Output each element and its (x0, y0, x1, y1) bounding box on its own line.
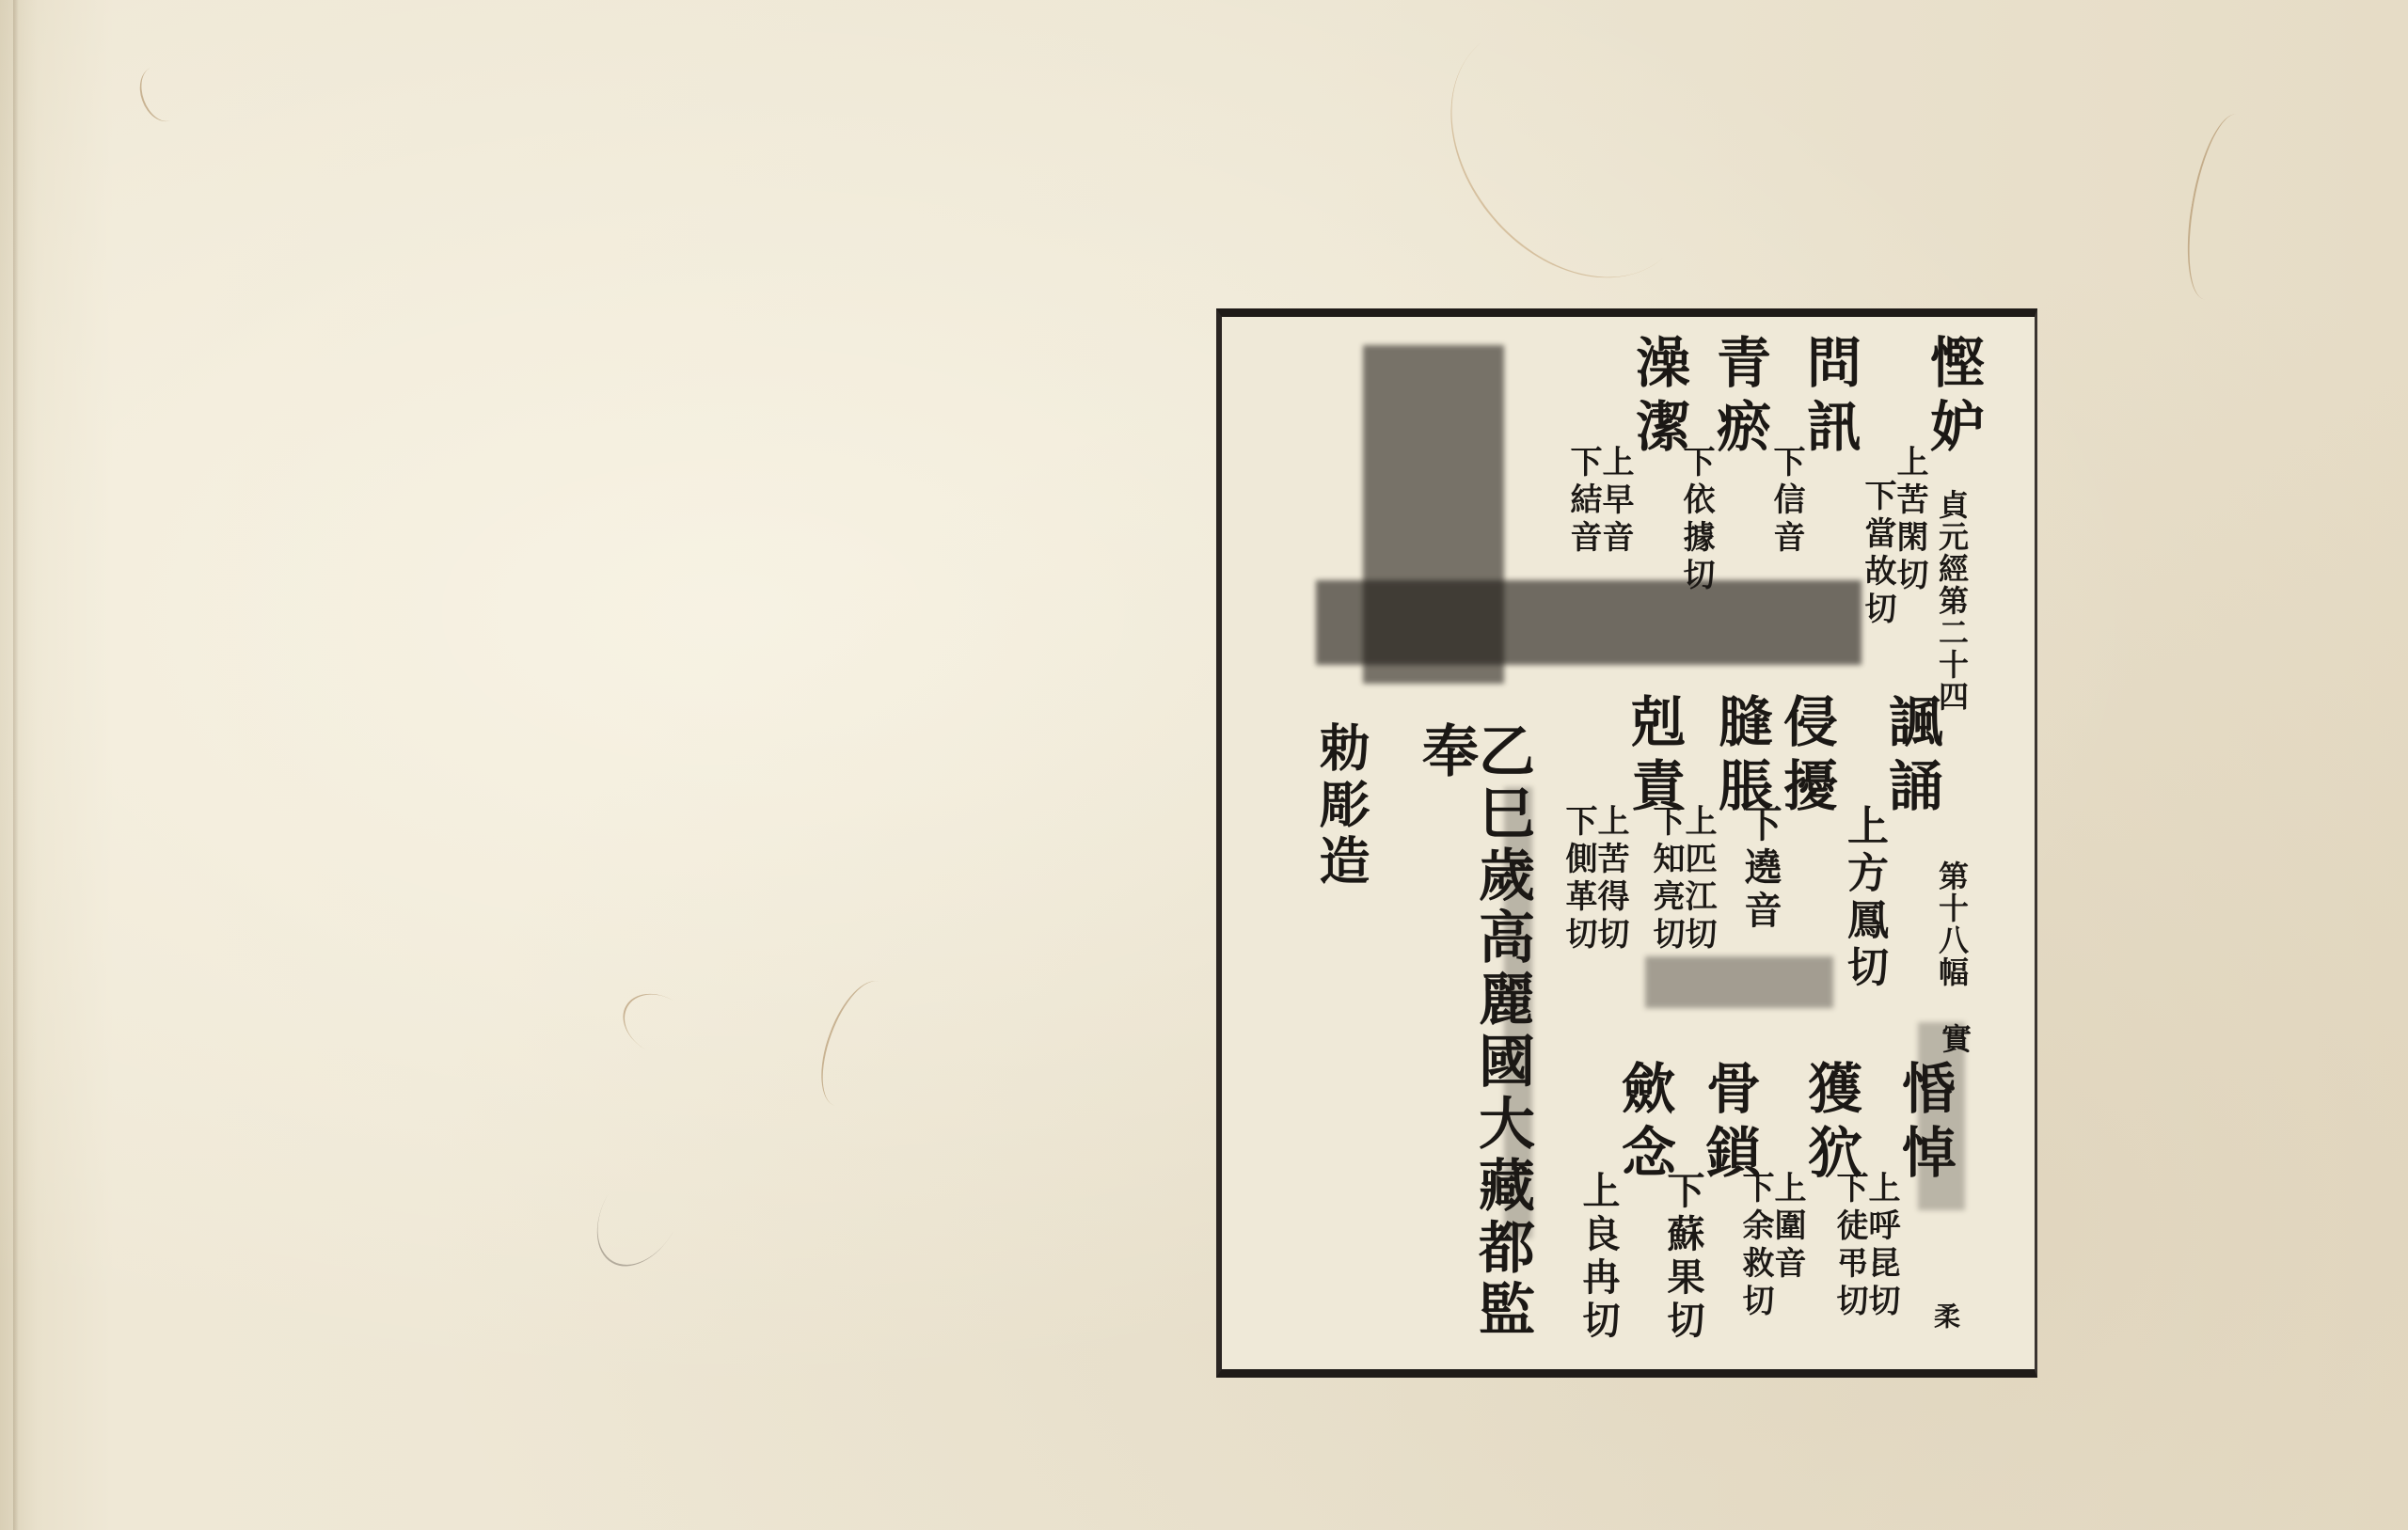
ink-smudge (1316, 580, 1861, 665)
margin-sheet-number: 第十八幅 (1930, 860, 1973, 988)
gloss-right: 上苦得切 (1594, 804, 1626, 954)
colophon-line-1: 乙巳歲高麗國大藏都監奉 (1418, 721, 1530, 1369)
entry-3: 青瘀 下依據切 (1680, 334, 1766, 595)
ink-smudge (1645, 956, 1833, 1008)
gloss-right: 上早音 (1599, 445, 1631, 558)
entry-head: 骨鎖 (1702, 1060, 1756, 1344)
paper-background (0, 0, 2408, 1530)
entry-head: 剋責 (1626, 693, 1681, 954)
entry-head: 青瘀 (1712, 334, 1766, 595)
gloss-left: 下結音 (1567, 445, 1599, 558)
entry-head: 惛悼 (1897, 1060, 1952, 1321)
margin-sutra-title: 貞元經第二十四 (1930, 489, 1973, 713)
entry-5: 諷誦 上方鳳切 (1843, 693, 1939, 992)
gloss-right: 上方鳳切 (1843, 804, 1884, 992)
entry-head: 澡潔 (1631, 334, 1686, 558)
entry-12: 歛念 上良冉切 (1579, 1060, 1671, 1344)
page-fold-shadow (13, 0, 19, 1530)
gloss-left: 下當故切 (1861, 479, 1893, 629)
entry-4: 澡潔 上早音 下結音 (1563, 334, 1686, 558)
gloss-left: 下側革切 (1562, 804, 1594, 954)
gloss-right: 上良冉切 (1579, 1171, 1617, 1344)
gloss-left: 下信音 (1770, 445, 1802, 558)
entry-head: 歛念 (1617, 1060, 1671, 1344)
entry-head: 膖脹 (1714, 693, 1768, 954)
entry-head: 問訊 (1802, 334, 1857, 558)
entry-head: 侵擾 (1779, 693, 1833, 934)
margin-mark-1: 實 (1933, 1023, 1976, 1055)
entry-head: 獲狖 (1803, 1060, 1858, 1321)
gloss-right: 上圍音 (1771, 1171, 1803, 1321)
gloss-right: 上呼昆切 (1865, 1171, 1897, 1321)
entry-8: 剋責 上苦得切 下側革切 (1562, 693, 1681, 954)
margin-mark-2: 柔 (1926, 1302, 1964, 1331)
colophon-line-2: 勅彫造 (1316, 721, 1367, 891)
entry-2: 問訊 下信音 (1770, 334, 1857, 558)
entry-11: 骨鎖 下蘇果切 (1664, 1060, 1756, 1344)
gloss-right: 上苦閑切 (1893, 445, 1925, 629)
gloss-right: 上匹江切 (1682, 804, 1714, 954)
printed-block-frame: 慳妒 上苦閑切 下當故切 問訊 下信音 青瘀 下依據切 澡潔 上早音 下結音 諷… (1216, 308, 2037, 1378)
